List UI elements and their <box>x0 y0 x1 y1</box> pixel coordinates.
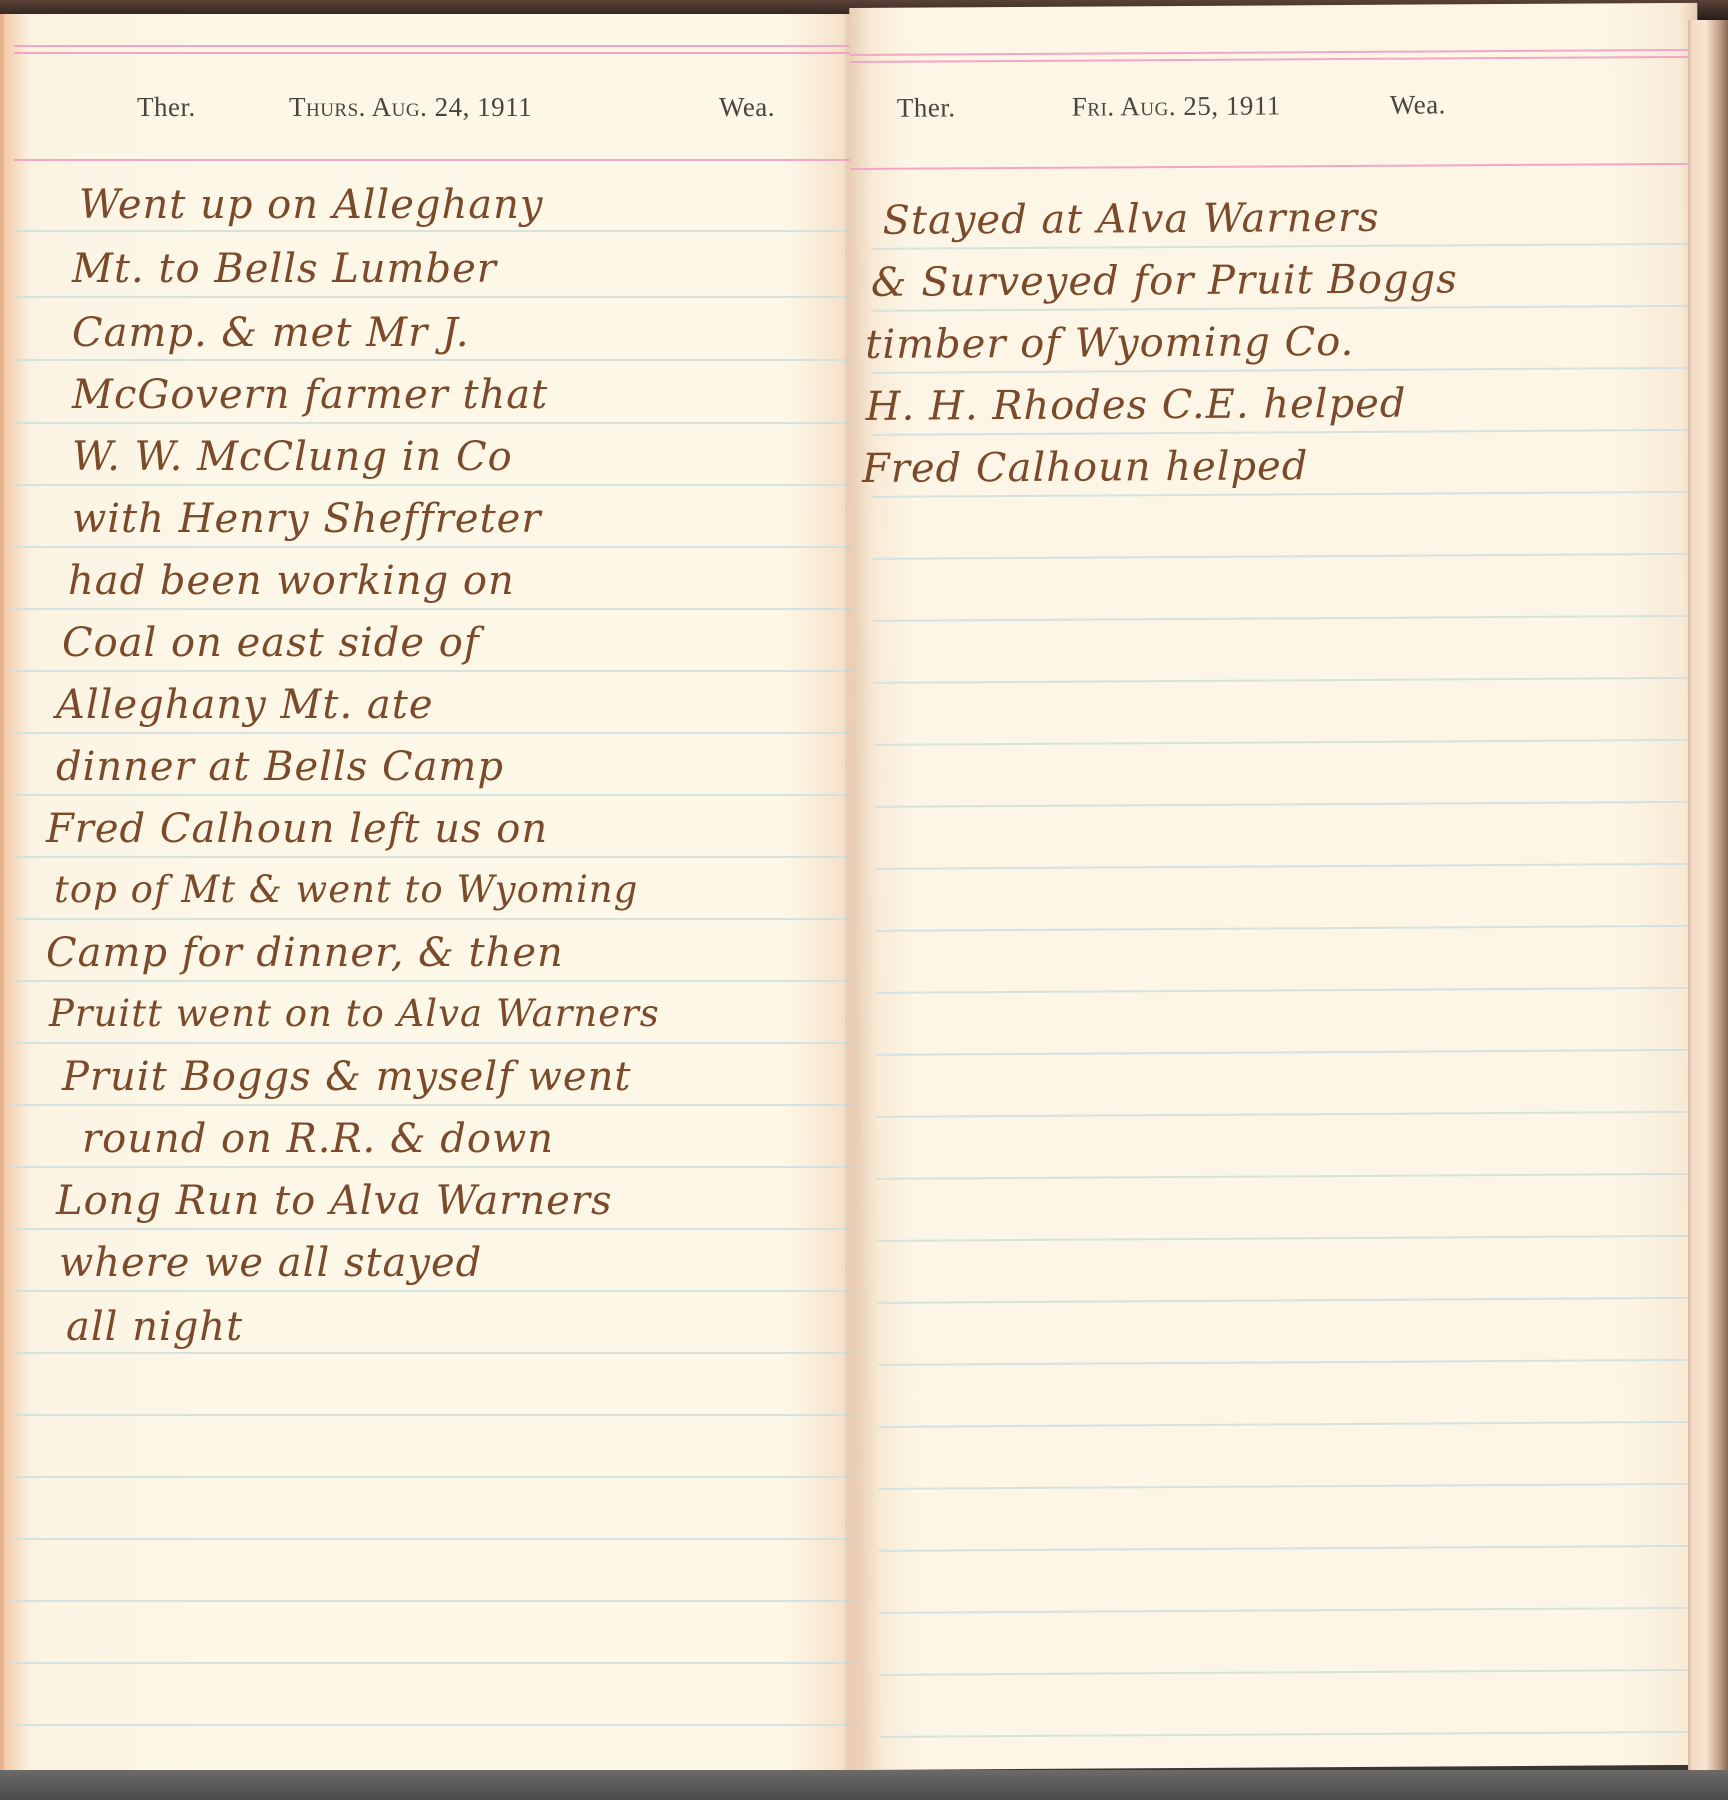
page-date: Thurs. Aug. 24, 1911 <box>289 92 532 123</box>
handwritten-line: Went up on Alleghany <box>79 182 543 228</box>
ruled-line <box>12 1476 864 1478</box>
ruled-line <box>877 1297 1705 1304</box>
ruled-line <box>873 615 1701 622</box>
handwritten-line: Pruitt went on to Alva Warners <box>49 992 660 1035</box>
handwritten-line: Camp. & met Mr J. <box>72 310 470 356</box>
handwritten-line: top of Mt & went to Wyoming <box>54 868 638 911</box>
header-double-rule-top <box>850 49 1698 56</box>
ruled-line <box>871 243 1699 250</box>
ruled-line <box>12 1228 864 1230</box>
wea-label: Wea. <box>1390 89 1446 120</box>
ther-label: Ther. <box>137 92 196 123</box>
book-bottom-edge <box>0 1770 1728 1800</box>
ruled-line <box>880 1731 1708 1738</box>
handwritten-line: dinner at Bells Camp <box>56 744 504 790</box>
ruled-line <box>12 856 864 858</box>
ruled-line <box>873 553 1701 560</box>
ruled-line <box>878 1483 1706 1490</box>
ruled-line <box>871 367 1699 374</box>
ruled-line <box>12 1414 864 1416</box>
ruled-line <box>875 987 1703 994</box>
header-rule-bottom <box>14 159 864 161</box>
ruled-line <box>876 1173 1704 1180</box>
handwritten-line: Pruit Boggs & myself went <box>62 1054 631 1100</box>
right-page: Ther. Fri. Aug. 25, 1911 Wea. Stayed at … <box>849 3 1708 1770</box>
handwritten-line: McGovern farmer that <box>72 372 548 418</box>
handwritten-line: Mt. to Bells Lumber <box>72 246 497 292</box>
ruled-line <box>876 1111 1704 1118</box>
ruled-line <box>879 1669 1707 1676</box>
ruled-line <box>874 739 1702 746</box>
ruled-line <box>12 296 864 298</box>
header-double-rule-top <box>14 45 864 47</box>
ruled-line <box>875 925 1703 932</box>
ruled-line <box>12 1104 864 1106</box>
ruled-line <box>872 491 1700 498</box>
ruled-line <box>12 1600 864 1602</box>
ruled-line <box>12 918 864 920</box>
ruled-line <box>878 1421 1706 1428</box>
handwritten-line: Fred Calhoun helped <box>862 443 1309 492</box>
header-rule-bottom <box>850 163 1698 170</box>
ruled-line <box>874 863 1702 870</box>
handwritten-line: & Surveyed for Pruit Boggs <box>871 256 1458 306</box>
ruled-line <box>12 794 864 796</box>
handwritten-line: Fred Calhoun left us on <box>46 806 548 852</box>
ruled-line <box>874 801 1702 808</box>
ruled-line <box>12 608 864 610</box>
ruled-line <box>12 1538 864 1540</box>
ruled-line <box>12 230 864 232</box>
ruled-line <box>876 1049 1704 1056</box>
ruled-line <box>12 1352 864 1354</box>
ruled-line <box>12 546 864 548</box>
handwritten-line: round on R.R. & down <box>82 1116 554 1162</box>
handwritten-line: Stayed at Alva Warners <box>882 195 1379 244</box>
handwritten-line: all night <box>66 1304 243 1350</box>
ther-label: Ther. <box>897 92 956 123</box>
ruled-line <box>12 422 864 424</box>
handwritten-line: Long Run to Alva Warners <box>56 1178 612 1224</box>
ruled-line <box>12 1042 864 1044</box>
handwritten-line: Alleghany Mt. ate <box>56 682 434 728</box>
handwritten-line: where we all stayed <box>59 1240 482 1286</box>
ruled-line <box>879 1545 1707 1552</box>
header-double-rule-bottom <box>850 56 1698 63</box>
ruled-line <box>879 1607 1707 1614</box>
ruled-line <box>12 732 864 734</box>
left-page: Ther. Thurs. Aug. 24, 1911 Wea. Went up … <box>0 14 864 1770</box>
page-date: Fri. Aug. 25, 1911 <box>1072 90 1281 122</box>
ruled-line <box>872 429 1700 436</box>
ruled-line <box>877 1235 1705 1242</box>
right-page-header: Ther. Fri. Aug. 25, 1911 Wea. <box>850 88 1698 93</box>
header-double-rule-bottom <box>14 52 864 54</box>
handwritten-line: Coal on east side of <box>62 620 480 666</box>
handwritten-line: Camp for dinner, & then <box>46 930 564 976</box>
wea-label: Wea. <box>719 92 775 123</box>
handwritten-line: H. H. Rhodes C.E. helped <box>866 381 1407 430</box>
handwritten-line: W. W. McClung in Co <box>72 434 513 480</box>
ruled-line <box>12 484 864 486</box>
ruled-line <box>12 1290 864 1292</box>
ruled-line <box>871 305 1699 312</box>
handwritten-line: timber of Wyoming Co. <box>865 319 1354 368</box>
handwritten-line: with Henry Sheffreter <box>72 496 541 542</box>
ruled-line <box>12 980 864 982</box>
ruled-line <box>12 359 864 361</box>
ruled-line <box>12 1724 864 1726</box>
page-stack-edge <box>1688 20 1728 1770</box>
ruled-line <box>12 1166 864 1168</box>
ruled-line <box>12 1662 864 1664</box>
ruled-line <box>873 677 1701 684</box>
ruled-line <box>12 670 864 672</box>
handwritten-line: had been working on <box>68 558 515 604</box>
ruled-line <box>878 1359 1706 1366</box>
